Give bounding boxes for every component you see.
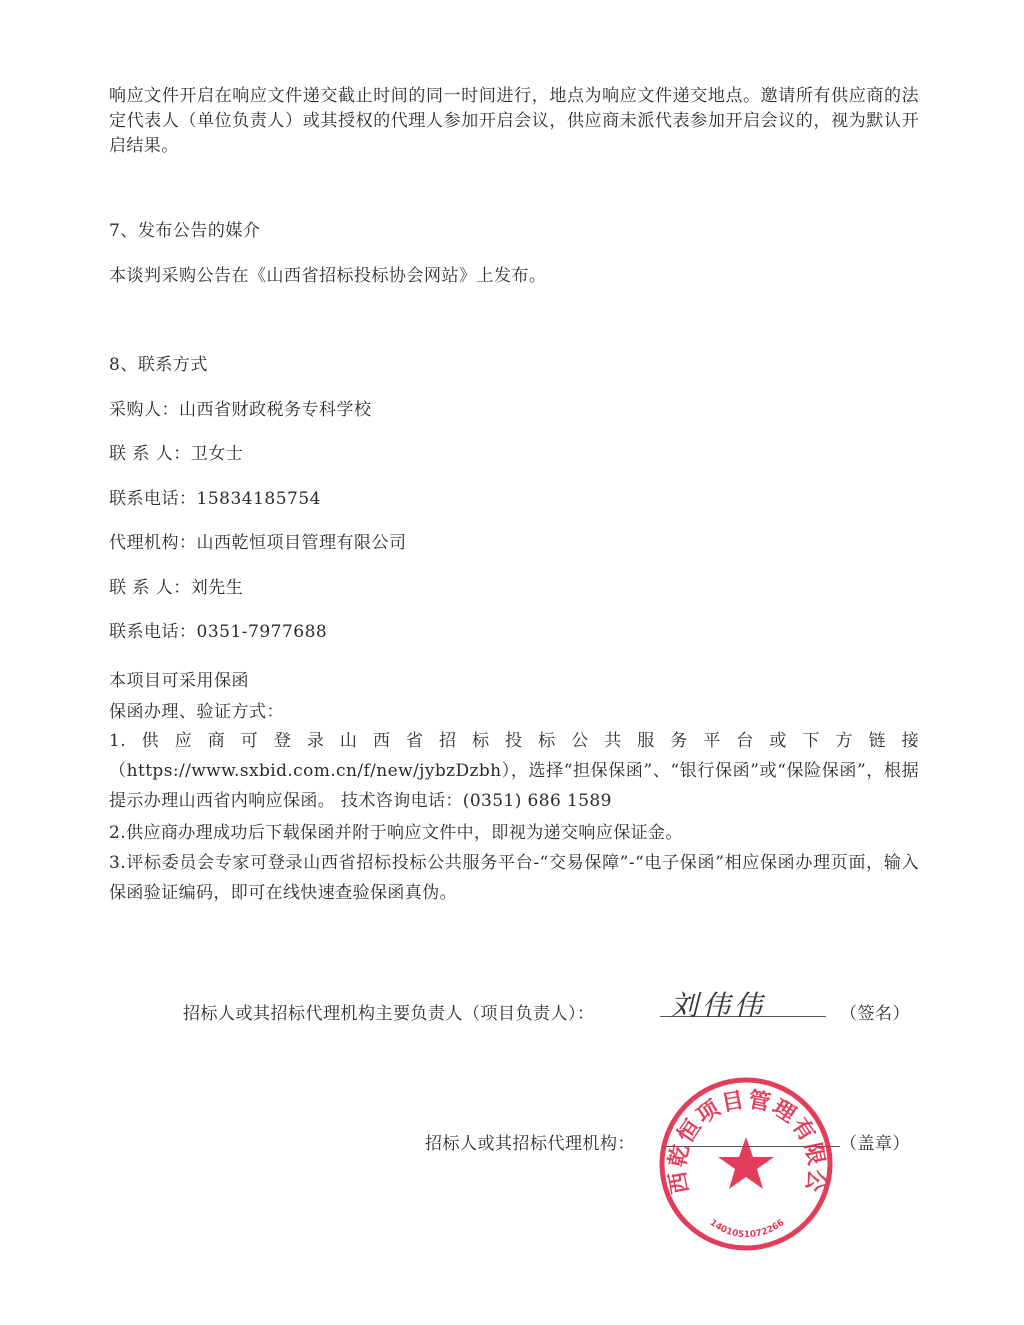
guarantee-item-3: 3.评标委员会专家可登录山西省招标投标公共服务平台-“交易保障”-“电子保函”相… bbox=[109, 848, 919, 908]
company-seal-icon: 山西乾恒项目管理有限公司 1401051072266 bbox=[657, 1075, 835, 1253]
guarantee-item-1: 1.供应商可登录山西省招标投标公共服务平台或下方链接（https://www.s… bbox=[109, 726, 919, 816]
agency-phone: 联系电话：0351-7977688 bbox=[109, 617, 327, 642]
seal-number: 1401051072266 bbox=[708, 1218, 787, 1240]
handwritten-signature: 刘伟伟 bbox=[670, 984, 766, 1024]
svg-text:1401051072266: 1401051072266 bbox=[708, 1218, 787, 1240]
intro-paragraph: 响应文件开启在响应文件递交截止时间的同一时间进行，地点为响应文件递交地点。邀请所… bbox=[109, 84, 919, 159]
signature-suffix: （签名） bbox=[840, 999, 910, 1024]
guarantee-line-2: 保函办理、验证方式： bbox=[109, 697, 284, 722]
stamp-suffix: （盖章） bbox=[840, 1129, 910, 1154]
guarantee-item-2: 2.供应商办理成功后下载保函并附于响应文件中，即视为递交响应保证金。 bbox=[109, 818, 919, 848]
purchaser-phone: 联系电话：15834185754 bbox=[109, 484, 321, 509]
purchaser-contact: 联 系 人：卫女士 bbox=[109, 439, 243, 464]
signature-label: 招标人或其招标代理机构主要负责人（项目负责人）： bbox=[183, 999, 595, 1024]
guarantee-line-1: 本项目可采用保函 bbox=[109, 666, 249, 691]
agency: 代理机构：山西乾恒项目管理有限公司 bbox=[109, 528, 407, 553]
purchaser: 采购人：山西省财政税务专科学校 bbox=[109, 395, 372, 420]
section-8-heading: 8、联系方式 bbox=[109, 350, 208, 375]
section-7-heading: 7、发布公告的媒介 bbox=[109, 216, 260, 241]
stamp-label: 招标人或其招标代理机构： bbox=[425, 1129, 635, 1154]
agency-contact: 联 系 人：刘先生 bbox=[109, 573, 243, 598]
section-7-body: 本谈判采购公告在《山西省招标投标协会网站》上发布。 bbox=[109, 261, 547, 286]
